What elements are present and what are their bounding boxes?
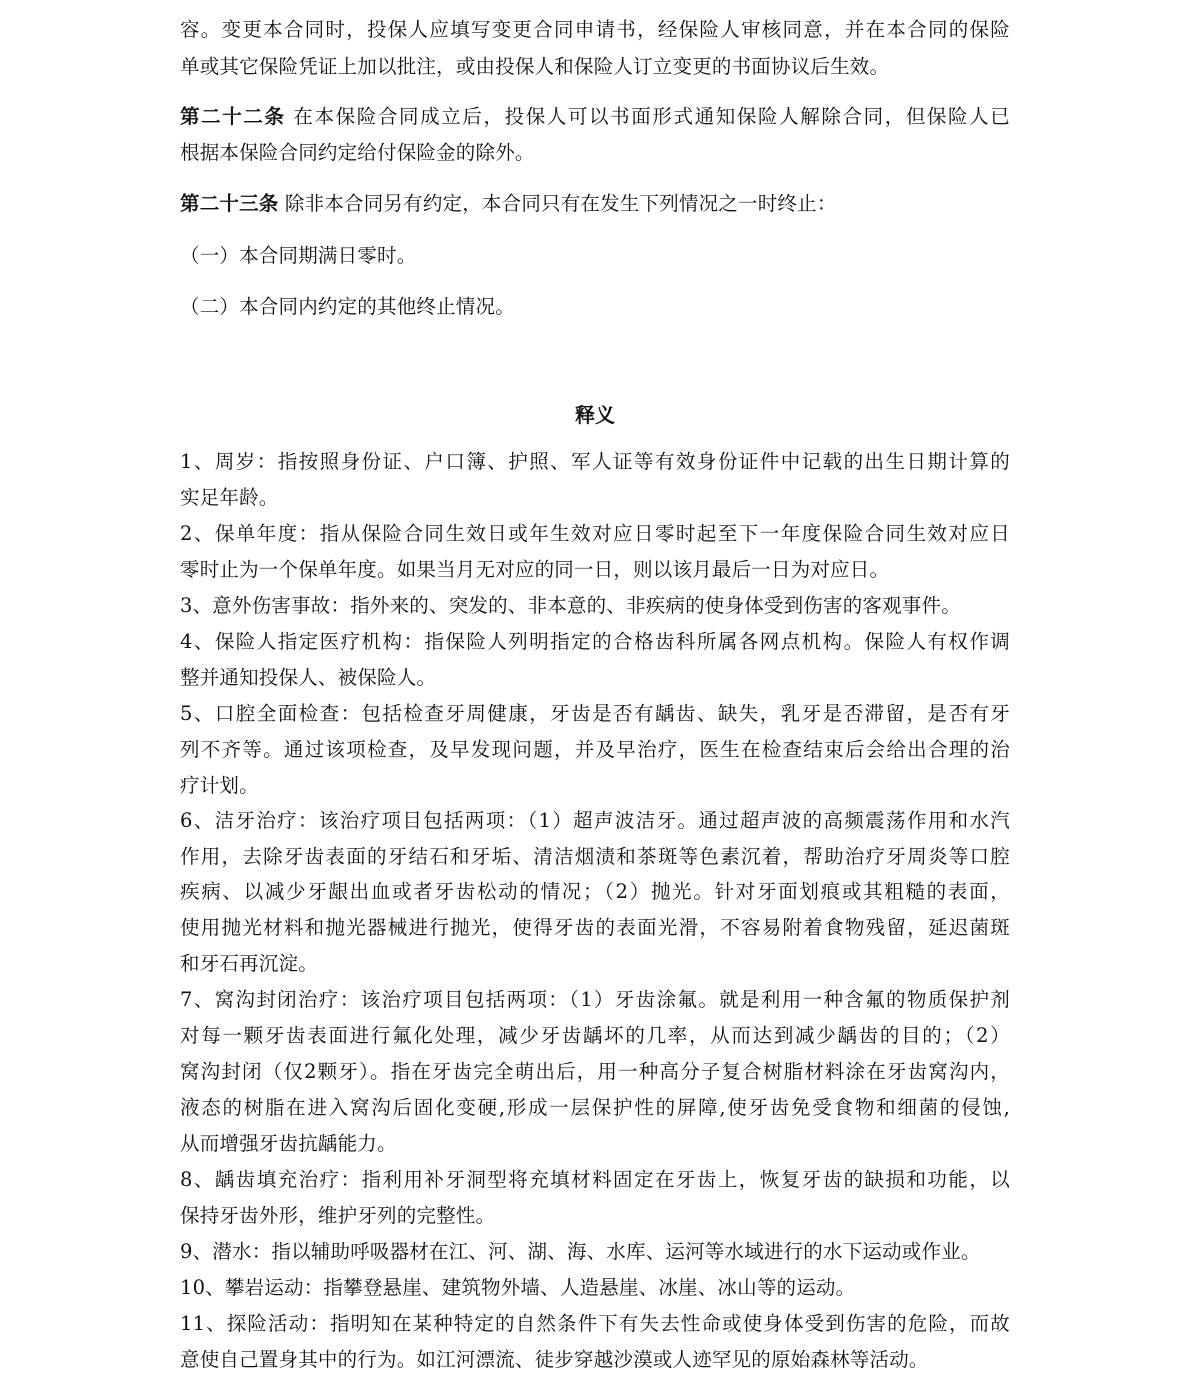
definition-line: 对每一颗牙齿表面进行氟化处理，减少牙齿龋坏的几率，从而达到减少龋齿的目的；（2）	[180, 1024, 1010, 1048]
definition-line: 作用，去除牙齿表面的牙结石和牙垢、清洁烟渍和茶斑等色素沉着，帮助治疗牙周炎等口腔	[180, 845, 1010, 869]
clause-22-line-1: 第二十二条 在本保险合同成立后，投保人可以书面形式通知保险人解除合同，但保险人已	[180, 105, 1010, 129]
clause-21-line-1: 容。变更本合同时，投保人应填写变更合同申请书，经保险人审核同意，并在本合同的保险	[180, 18, 1010, 42]
definition-line: 1、周岁：指按照身份证、户口簿、护照、军人证等有效身份证件中记载的出生日期计算的	[180, 450, 1010, 474]
definition-line: 10、攀岩运动：指攀登悬崖、建筑物外墙、人造悬崖、冰崖、冰山等的运动。	[180, 1276, 855, 1300]
definition-line: 列不齐等。通过该项检查，及早发现问题，并及早治疗，医生在检查结束后会给出合理的治	[180, 738, 1010, 762]
clause-22-text: 在本保险合同成立后，投保人可以书面形式通知保险人解除合同，但保险人已	[293, 105, 1010, 128]
definition-line: 6、洁牙治疗：该治疗项目包括两项：（1）超声波洁牙。通过超声波的高频震荡作用和水…	[180, 809, 1010, 833]
clause-23-item-1: （一）本合同期满日零时。	[180, 244, 416, 268]
definition-line: 使用抛光材料和抛光器械进行抛光，使得牙齿的表面光滑，不容易附着食物残留，延迟菌斑	[180, 916, 1010, 940]
definition-line: 和牙石再沉淀。	[180, 952, 318, 976]
clause-22-heading: 第二十二条	[180, 105, 286, 128]
clause-22-line-2: 根据本保险合同约定给付保险金的除外。	[180, 141, 535, 165]
definition-line: 整并通知投保人、被保险人。	[180, 666, 436, 690]
definition-line: 4、保险人指定医疗机构：指保险人列明指定的合格齿科所属各网点机构。保险人有权作调	[180, 630, 1010, 654]
definition-line: 疗计划。	[180, 774, 259, 798]
definition-line: 5、口腔全面检查：包括检查牙周健康，牙齿是否有龋齿、缺失，乳牙是否滞留，是否有牙	[180, 702, 1010, 726]
definitions-title: 释义	[180, 399, 1010, 428]
definition-line: 窝沟封闭（仅2颗牙）。指在牙齿完全萌出后，用一种高分子复合树脂材料涂在牙齿窝沟内…	[180, 1060, 1010, 1084]
clause-21-line-2: 单或其它保险凭证上加以批注，或由投保人和保险人订立变更的书面协议后生效。	[180, 55, 889, 79]
clause-23-item-2: （二）本合同内约定的其他终止情况。	[180, 295, 515, 319]
clause-23-heading: 第二十三条	[180, 192, 279, 215]
definition-line: 3、意外伤害事故：指外来的、突发的、非本意的、非疾病的使身体受到伤害的客观事件。	[180, 594, 961, 618]
definition-line: 实足年龄。	[180, 486, 279, 510]
definition-line: 从而增强牙齿抗龋能力。	[180, 1132, 397, 1156]
definition-line: 7、窝沟封闭治疗：该治疗项目包括两项：（1）牙齿涂氟。就是利用一种含氟的物质保护…	[180, 988, 1010, 1012]
definition-line: 疾病、以减少牙龈出血或者牙齿松动的情况；（2）抛光。针对牙面划痕或其粗糙的表面，	[180, 880, 1010, 904]
definition-line: 8、龋齿填充治疗：指利用补牙洞型将充填材料固定在牙齿上，恢复牙齿的缺损和功能，以	[180, 1168, 1010, 1192]
definition-line: 液态的树脂在进入窝沟后固化变硬,形成一层保护性的屏障,使牙齿免受食物和细菌的侵蚀…	[180, 1096, 1010, 1120]
definition-line: 9、潜水：指以辅助呼吸器材在江、河、湖、海、水库、运河等水域进行的水下运动或作业…	[180, 1240, 981, 1264]
definition-line: 2、保单年度：指从保险合同生效日或年生效对应日零时起至下一年度保险合同生效对应日	[180, 522, 1010, 546]
definition-line: 零时止为一个保单年度。如果当月无对应的同一日，则以该月最后一日为对应日。	[180, 558, 889, 582]
definition-line: 保持牙齿外形，维护牙列的完整性。	[180, 1204, 495, 1228]
definition-line: 11、探险活动：指明知在某种特定的自然条件下有失去性命或使身体受到伤害的危险，而…	[180, 1312, 1010, 1336]
definition-line: 意使自己置身其中的行为。如江河漂流、徒步穿越沙漠或人迹罕见的原始森林等活动。	[180, 1348, 929, 1372]
clause-23-text: 除非本合同另有约定，本合同只有在发生下列情况之一时终止：	[285, 192, 837, 215]
clause-23-line-1: 第二十三条 除非本合同另有约定，本合同只有在发生下列情况之一时终止：	[180, 192, 837, 216]
